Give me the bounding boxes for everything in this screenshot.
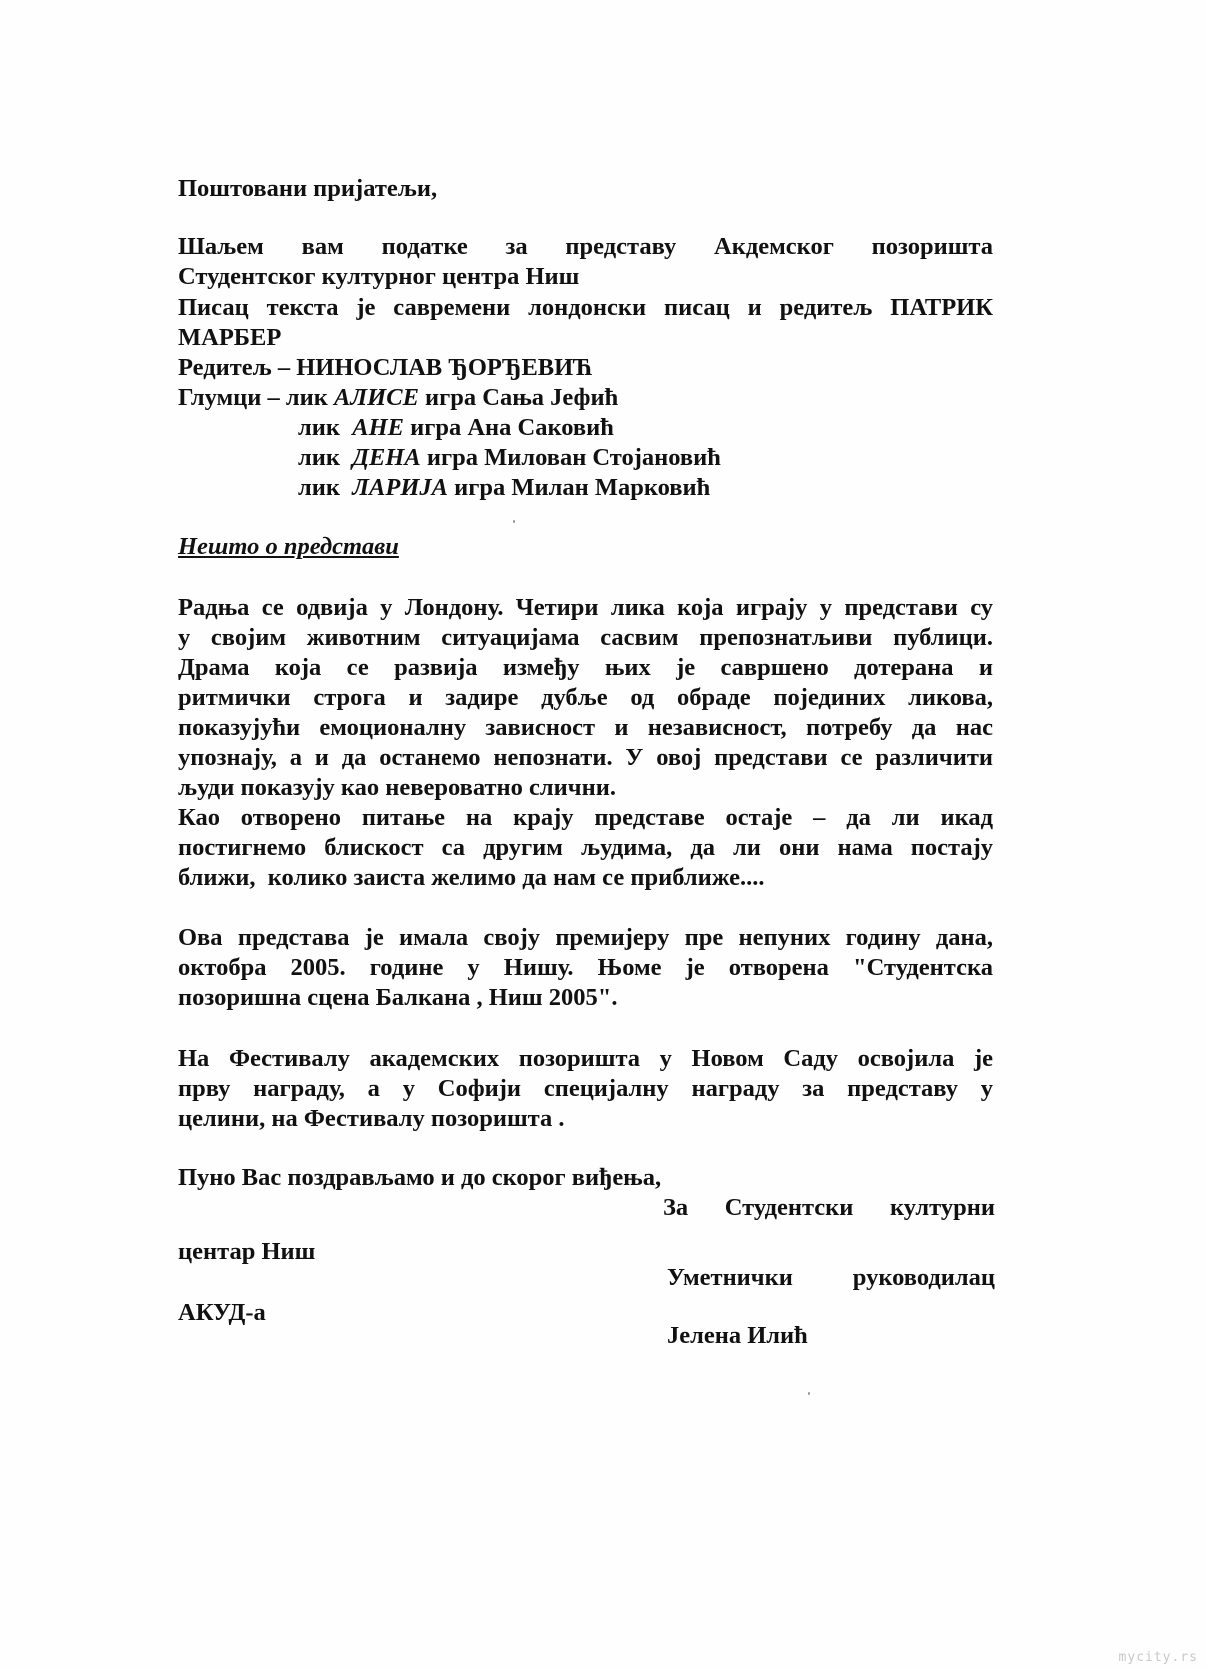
director-name: НИНОСЛАВ ЂОРЂЕВИЋ: [296, 354, 593, 381]
para3-line: прву награду, а у Софији специјалну нагр…: [178, 1074, 993, 1104]
intro-line-3: Писац текста је савремени лондонски писа…: [178, 293, 993, 323]
role-prefix: лик: [298, 444, 352, 471]
cast-line-3: лик ДЕНА игра Милован Стојановић: [298, 443, 721, 473]
signature-line-3: Уметнички руководилац: [667, 1263, 995, 1293]
para1-line: показујући емоционалну зависност и незав…: [178, 713, 993, 743]
signature-name: Јелена Илић: [667, 1321, 808, 1351]
scan-speck: [513, 520, 515, 523]
intro-line-1: Шаљем вам податке за представу Акдемског…: [178, 232, 993, 262]
para3-line: целини, на Фестивалу позоришта .: [178, 1104, 564, 1134]
para1-line: ближи, колико заиста желимо да нам се пр…: [178, 863, 765, 893]
para1-line: Драма која се развија између њих је савр…: [178, 653, 993, 683]
para1-line: у својим животним ситуацијама сасвим пре…: [178, 623, 993, 653]
role-name: АНЕ: [352, 414, 404, 441]
director-label: Редитељ –: [178, 354, 296, 381]
role-name: ДЕНА: [352, 444, 420, 471]
para1-line: људи показују као невероватно слични.: [178, 773, 616, 803]
para1-line: упознају, а и да останемо непознати. У о…: [178, 743, 993, 773]
cast-line-2: лик АНЕ игра Ана Саковић: [298, 413, 614, 443]
intro-line-4: МАРБЕР: [178, 323, 281, 353]
watermark: mycity.rs: [1119, 1650, 1198, 1665]
role-name: ЛАРИЈА: [352, 474, 448, 501]
scanned-letter-page: Поштовани пријатељи, Шаљем вам податке з…: [0, 0, 1206, 1669]
cast-line-4: лик ЛАРИЈА игра Милан Марковић: [298, 473, 710, 503]
para1-line: постигнемо блискост са другим људима, да…: [178, 833, 993, 863]
greeting: Поштовани пријатељи,: [178, 174, 437, 204]
actor-name: игра Сања Јефић: [419, 384, 618, 411]
para1-line: ритмички строга и задире дубље од обраде…: [178, 683, 993, 713]
role-prefix: лик: [298, 414, 352, 441]
role-prefix: лик: [298, 474, 352, 501]
signature-line-2: центар Ниш: [178, 1237, 315, 1267]
cast-line-1: Глумци – лик АЛИСЕ игра Сања Јефић: [178, 383, 618, 413]
para2-line: позоришна сцена Балкана , Ниш 2005".: [178, 983, 617, 1013]
para1-line: Радња се одвија у Лондону. Четири лика к…: [178, 593, 993, 623]
para2-line: Ова представа је имала своју премијеру п…: [178, 923, 993, 953]
scan-speck: [808, 1392, 810, 1395]
closing-line: Пуно Вас поздрављамо и до скорог виђења,: [178, 1163, 661, 1193]
director-line: Редитељ – НИНОСЛАВ ЂОРЂЕВИЋ: [178, 353, 593, 383]
signature-line-1: За Студентски културни: [663, 1193, 995, 1223]
role-name: АЛИСЕ: [334, 384, 419, 411]
signature-line-4: АКУД-а: [178, 1298, 266, 1328]
intro-line-2: Студентског културног центра Ниш: [178, 262, 579, 292]
para3-line: На Фестивалу академских позоришта у Ново…: [178, 1044, 993, 1074]
actor-name: игра Милован Стојановић: [421, 444, 721, 471]
actor-name: игра Ана Саковић: [404, 414, 614, 441]
para1-line: Као отворено питање на крају представе о…: [178, 803, 993, 833]
role-prefix: лик: [286, 384, 334, 411]
para2-line: октобра 2005. године у Нишу. Њоме је отв…: [178, 953, 993, 983]
section-heading: Нешто о представи: [178, 532, 399, 562]
actor-name: игра Милан Марковић: [448, 474, 710, 501]
cast-label: Глумци –: [178, 384, 286, 411]
